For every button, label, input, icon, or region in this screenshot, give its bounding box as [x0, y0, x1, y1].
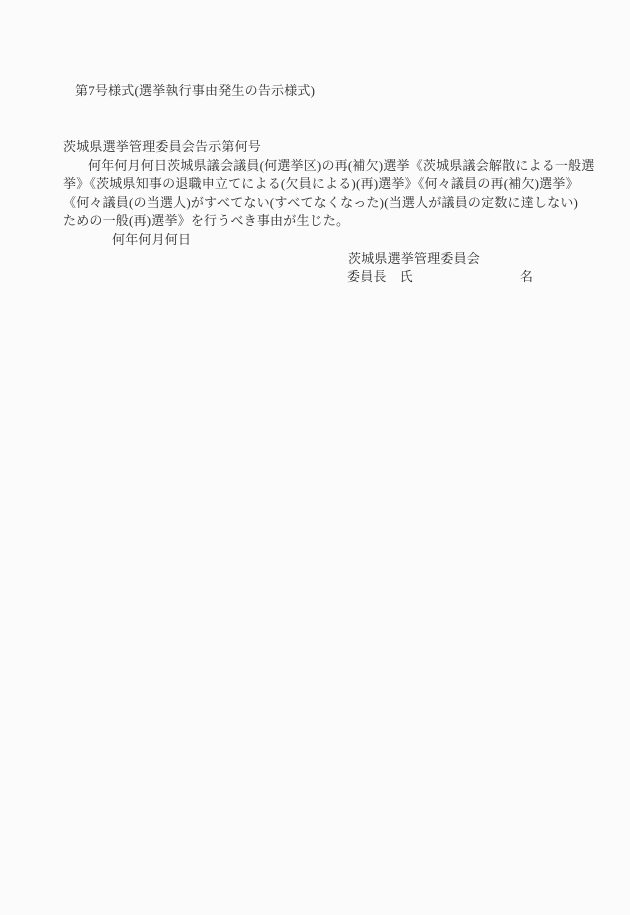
- committee-name: 茨城県選挙管理委員会: [63, 250, 583, 269]
- surname-placeholder: 氏: [400, 269, 413, 284]
- chairman-signature-line: 委員長氏名: [63, 268, 583, 287]
- date-line: 何年何月何日: [63, 231, 583, 250]
- notice-paragraph-line-4: ための一般(再)選挙》を行うべき事由が生じた。: [63, 212, 583, 231]
- notice-body: 茨城県選挙管理委員会告示第何号 何年何月何日茨城県議会議員(何選挙区)の再(補欠…: [63, 138, 583, 287]
- notice-paragraph-line-1: 何年何月何日茨城県議会議員(何選挙区)の再(補欠)選挙《茨城県議会解散による一般…: [63, 157, 583, 176]
- givenname-placeholder: 名: [520, 269, 533, 284]
- form-title: 第7号様式(選挙執行事由発生の告示様式): [75, 83, 315, 98]
- document-page: 第7号様式(選挙執行事由発生の告示様式) 茨城県選挙管理委員会告示第何号 何年何…: [0, 0, 630, 915]
- notice-paragraph-line-3: 《何々議員(の当選人)がすべてない(すべてなくなった)(当選人が議員の定数に達し…: [63, 194, 583, 213]
- notice-number-line: 茨城県選挙管理委員会告示第何号: [63, 138, 583, 157]
- chairman-title: 委員長: [347, 269, 387, 284]
- notice-paragraph-line-2: 挙》《茨城県知事の退職申立てによる(欠員による)(再)選挙》《何々議員の再(補欠…: [63, 175, 583, 194]
